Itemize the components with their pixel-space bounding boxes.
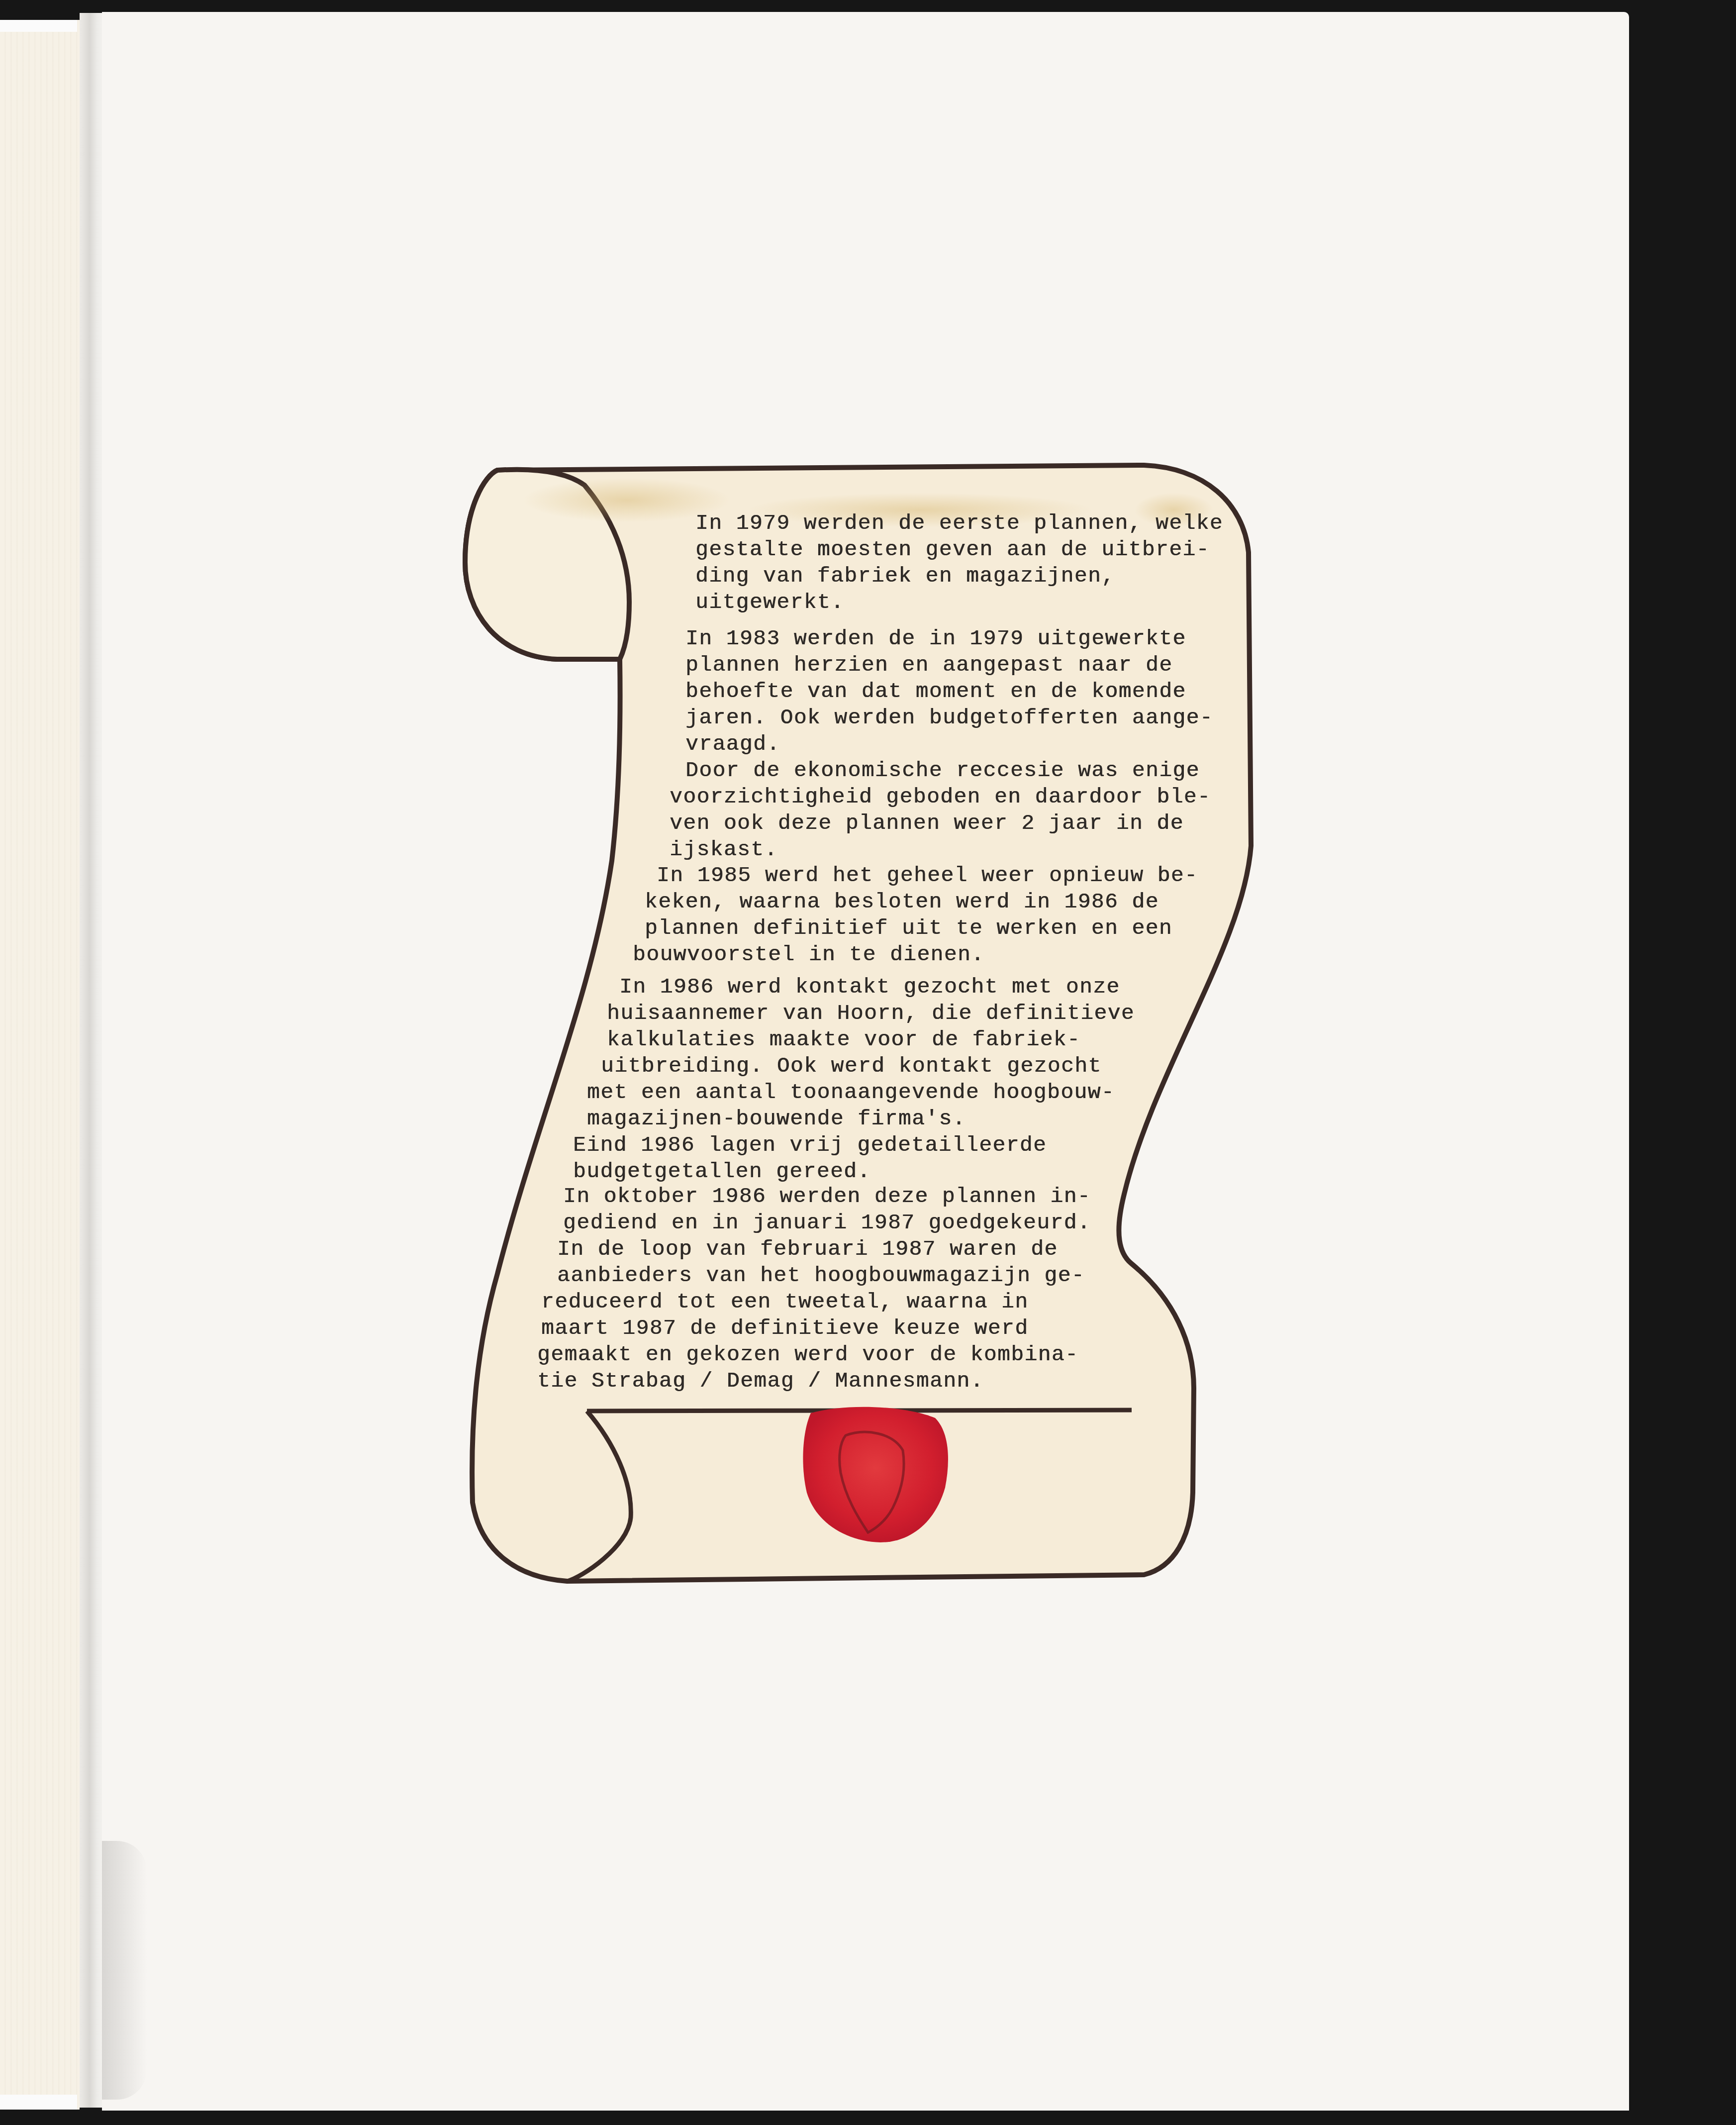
- paper-stain: [746, 493, 1094, 527]
- parchment-scroll: [0, 0, 1736, 2125]
- paper-stain: [522, 478, 731, 522]
- paper-stain: [1134, 493, 1214, 527]
